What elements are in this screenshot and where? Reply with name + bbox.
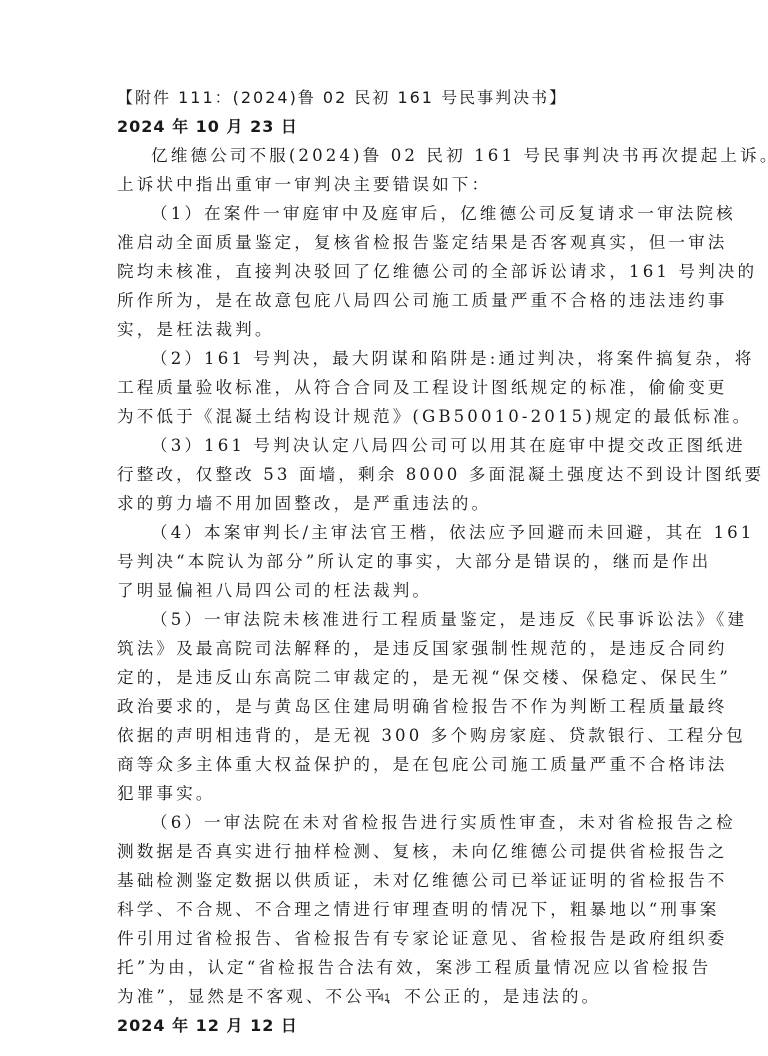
- text-line: 依据的声明相违背的，是无视 300 多个购房家庭、贷款银行、工程分包: [117, 721, 653, 750]
- text-line: 筑法》及最高院司法解释的，是违反国家强制性规范的，是违反合同约: [117, 634, 653, 663]
- text-line: （5）一审法院未核准进行工程质量鉴定，是违反《民事诉讼法》《建: [117, 605, 653, 634]
- text-line: 院均未核准，直接判决驳回了亿维德公司的全部诉讼请求，161 号判决的: [117, 257, 653, 286]
- point-1-paragraph: （1）在案件一审庭审中及庭审后，亿维德公司反复请求一审法院核 准启动全面质量鉴定…: [117, 199, 653, 344]
- text-line: 亿维德公司不服(2024)鲁 02 民初 161 号民事判决书再次提起上诉。: [117, 141, 653, 170]
- text-line: 上诉状中指出重审一审判决主要错误如下：: [117, 170, 653, 199]
- text-line: （4）本案审判长/主审法官王楷，依法应予回避而未回避，其在 161: [117, 518, 653, 547]
- point-2-paragraph: （2）161 号判决，最大阴谋和陷阱是:通过判决，将案件搞复杂，将 工程质量验收…: [117, 344, 653, 431]
- attachment-title: 【附件 111：(2024)鲁 02 民初 161 号民事判决书】: [117, 83, 653, 112]
- text-line: 件引用过省检报告、省检报告有专家论证意见、省检报告是政府组织委: [117, 924, 653, 953]
- page-number: 41: [0, 992, 768, 1004]
- date-heading: 2024 年 12 月 12 日: [117, 1011, 653, 1040]
- text-line: 实，是枉法裁判。: [117, 315, 653, 344]
- point-5-paragraph: （5）一审法院未核准进行工程质量鉴定，是违反《民事诉讼法》《建 筑法》及最高院司…: [117, 605, 653, 808]
- text-line: （3）161 号判决认定八局四公司可以用其在庭审中提交改正图纸进: [117, 431, 653, 460]
- point-4-paragraph: （4）本案审判长/主审法官王楷，依法应予回避而未回避，其在 161 号判决“本院…: [117, 518, 653, 605]
- text-line: 了明显偏袒八局四公司的枉法裁判。: [117, 576, 653, 605]
- text-line: 号判决“本院认为部分”所认定的事实，大部分是错误的，继而是作出: [117, 547, 653, 576]
- text-line: 科学、不合规、不合理之情进行审理查明的情况下，粗暴地以“刑事案: [117, 895, 653, 924]
- date-heading: 2024 年 10 月 23 日: [117, 112, 653, 141]
- text-line: 定的，是违反山东高院二审裁定的，是无视“保交楼、保稳定、保民生”: [117, 663, 653, 692]
- text-line: 托”为由，认定“省检报告合法有效，案涉工程质量情况应以省检报告: [117, 953, 653, 982]
- text-line: 犯罪事实。: [117, 779, 653, 808]
- intro-paragraph: 亿维德公司不服(2024)鲁 02 民初 161 号民事判决书再次提起上诉。 上…: [117, 141, 653, 199]
- document-page: 【附件 111：(2024)鲁 02 民初 161 号民事判决书】 2024 年…: [117, 83, 653, 1040]
- text-line: 求的剪力墙不用加固整改，是严重违法的。: [117, 489, 653, 518]
- text-line: 商等众多主体重大权益保护的，是在包庇公司施工质量严重不合格讳法: [117, 750, 653, 779]
- text-line: 准启动全面质量鉴定，复核省检报告鉴定结果是否客观真实，但一审法: [117, 228, 653, 257]
- text-line: 所作所为，是在故意包庇八局四公司施工质量严重不合格的违法违约事: [117, 286, 653, 315]
- text-line: 测数据是否真实进行抽样检测、复核，未向亿维德公司提供省检报告之: [117, 837, 653, 866]
- text-line: （2）161 号判决，最大阴谋和陷阱是:通过判决，将案件搞复杂，将: [117, 344, 653, 373]
- text-line: （1）在案件一审庭审中及庭审后，亿维德公司反复请求一审法院核: [117, 199, 653, 228]
- text-line: 工程质量验收标准，从符合合同及工程设计图纸规定的标准，偷偷变更: [117, 373, 653, 402]
- text-line: （6）一审法院在未对省检报告进行实质性审查，未对省检报告之检: [117, 808, 653, 837]
- text-line: 行整改，仅整改 53 面墙，剩余 8000 多面混凝土强度达不到设计图纸要: [117, 460, 653, 489]
- point-3-paragraph: （3）161 号判决认定八局四公司可以用其在庭审中提交改正图纸进 行整改，仅整改…: [117, 431, 653, 518]
- point-6-paragraph: （6）一审法院在未对省检报告进行实质性审查，未对省检报告之检 测数据是否真实进行…: [117, 808, 653, 1011]
- text-line: 为不低于《混凝土结构设计规范》(GB50010-2015)规定的最低标准。: [117, 402, 653, 431]
- text-line: 基础检测鉴定数据以供质证，未对亿维德公司已举证证明的省检报告不: [117, 866, 653, 895]
- text-line: 政治要求的，是与黄岛区住建局明确省检报告不作为判断工程质量最终: [117, 692, 653, 721]
